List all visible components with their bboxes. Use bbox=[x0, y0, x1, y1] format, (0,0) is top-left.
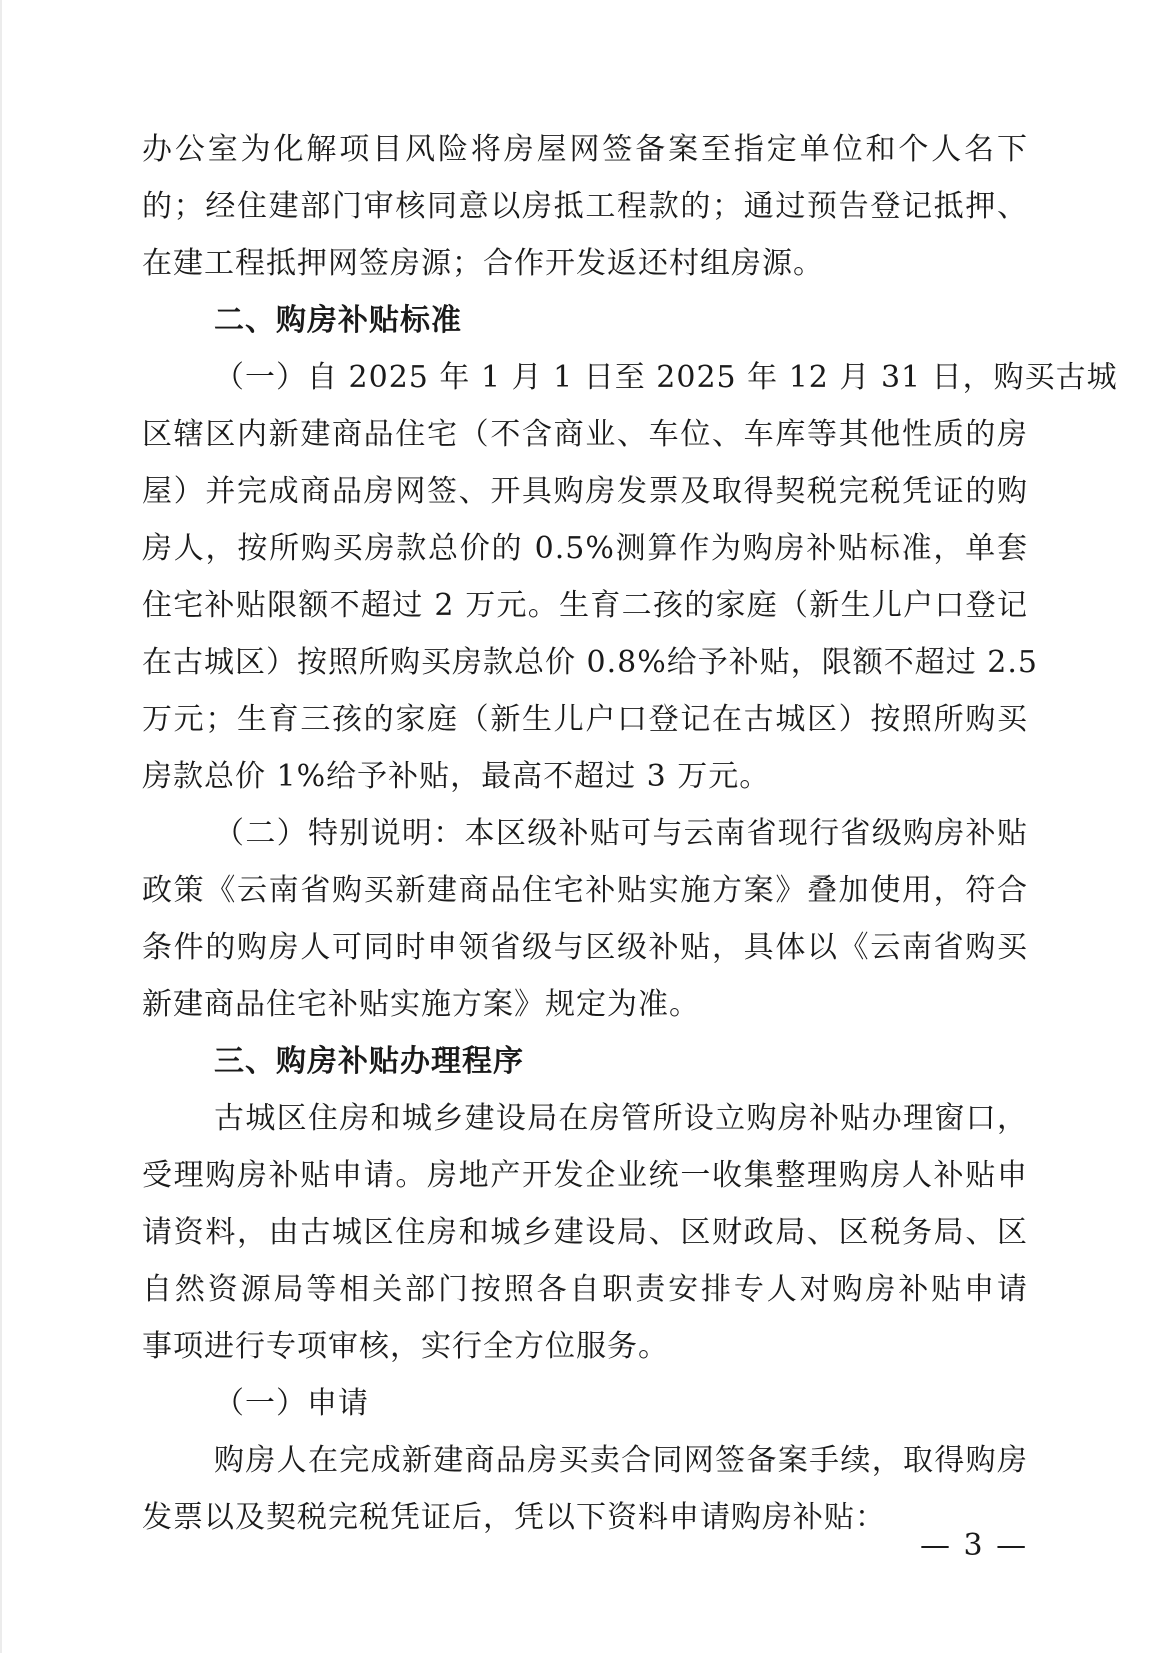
paragraph-line: 古城区住房和城乡建设局在房管所设立购房补贴办理窗口， bbox=[214, 1097, 1028, 1141]
page-number: — 3 — bbox=[920, 1526, 1028, 1566]
section-heading-subsidy-standard: 二、购房补贴标准 bbox=[214, 299, 462, 343]
body-line: 受理购房补贴申请。房地产开发企业统一收集整理购房人补贴申 bbox=[142, 1154, 1028, 1198]
section-heading-procedure: 三、购房补贴办理程序 bbox=[214, 1040, 524, 1084]
page-edge-shadow bbox=[0, 0, 2, 1653]
body-line: 的；经住建部门审核同意以房抵工程款的；通过预告登记抵押、 bbox=[142, 185, 1028, 229]
body-line: 屋）并完成商品房网签、开具购房发票及取得契税完税凭证的购 bbox=[142, 470, 1028, 514]
body-line: 住宅补贴限额不超过 2 万元。生育二孩的家庭（新生儿户口登记 bbox=[142, 584, 1028, 628]
body-line: 新建商品住宅补贴实施方案》规定为准。 bbox=[142, 983, 1028, 1027]
body-line: 在建工程抵押网签房源；合作开发返还村组房源。 bbox=[142, 242, 1028, 286]
subsection-heading-apply: （一）申请 bbox=[214, 1382, 369, 1426]
body-line: 房人，按所购买房款总价的 0.5%测算作为购房补贴标准，单套 bbox=[142, 527, 1028, 571]
body-line: 房款总价 1%给予补贴，最高不超过 3 万元。 bbox=[142, 755, 1028, 799]
body-line: 请资料，由古城区住房和城乡建设局、区财政局、区税务局、区 bbox=[142, 1211, 1028, 1255]
document-page: 办公室为化解项目风险将房屋网签备案至指定单位和个人名下 的；经住建部门审核同意以… bbox=[0, 0, 1168, 1653]
body-line: 万元；生育三孩的家庭（新生儿户口登记在古城区）按照所购买 bbox=[142, 698, 1028, 742]
paragraph-line: （二）特别说明：本区级补贴可与云南省现行省级购房补贴 bbox=[214, 812, 1028, 856]
body-line: 条件的购房人可同时申领省级与区级补贴，具体以《云南省购买 bbox=[142, 926, 1028, 970]
body-line: 政策《云南省购买新建商品住宅补贴实施方案》叠加使用，符合 bbox=[142, 869, 1028, 913]
paragraph-line: （一）自 2025 年 1 月 1 日至 2025 年 12 月 31 日，购买… bbox=[214, 356, 1028, 400]
body-line: 办公室为化解项目风险将房屋网签备案至指定单位和个人名下 bbox=[142, 128, 1028, 172]
body-line: 发票以及契税完税凭证后，凭以下资料申请购房补贴： bbox=[142, 1496, 1028, 1540]
body-line: 事项进行专项审核，实行全方位服务。 bbox=[142, 1325, 1028, 1369]
body-line: 在古城区）按照所购买房款总价 0.8%给予补贴，限额不超过 2.5 bbox=[142, 641, 1028, 685]
body-line: 自然资源局等相关部门按照各自职责安排专人对购房补贴申请 bbox=[142, 1268, 1028, 1312]
paragraph-line: 购房人在完成新建商品房买卖合同网签备案手续，取得购房 bbox=[214, 1439, 1028, 1483]
body-line: 区辖区内新建商品住宅（不含商业、车位、车库等其他性质的房 bbox=[142, 413, 1028, 457]
